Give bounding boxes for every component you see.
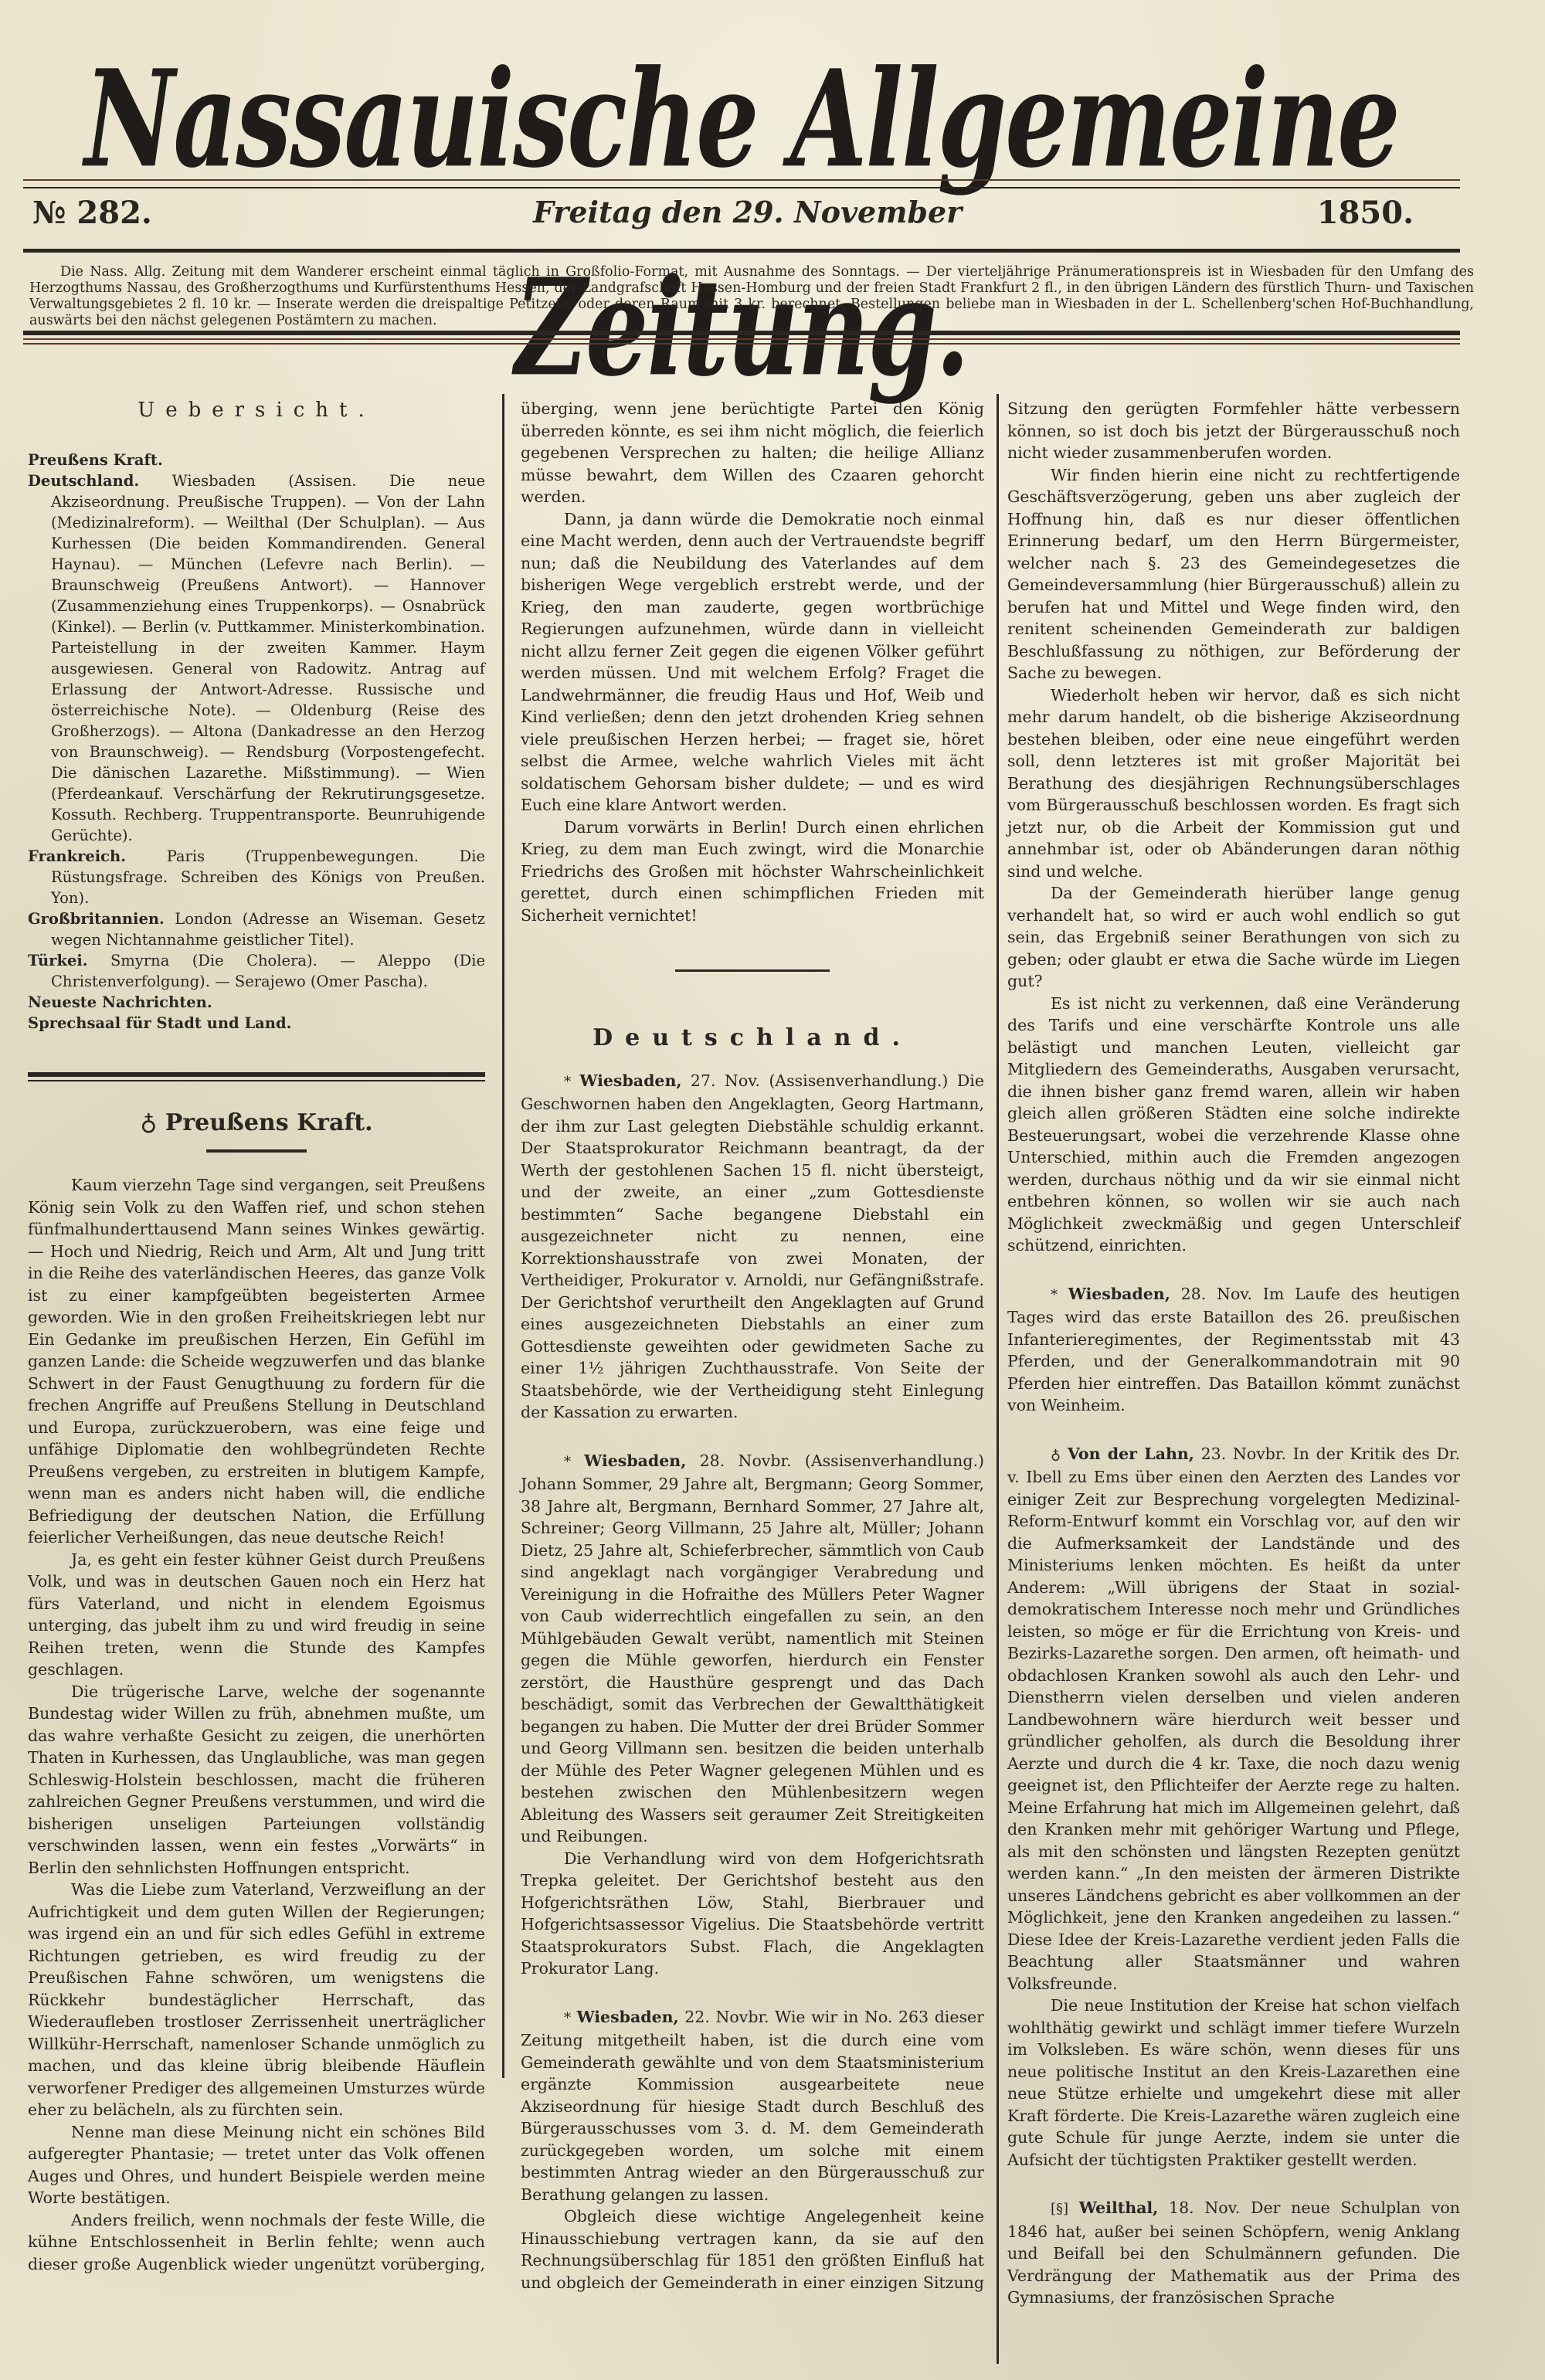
overview-item: Neueste Nachrichten. [28,992,485,1013]
news-report: [§] Weilthal, 18. Nov. Der neue Schulpla… [1007,2197,1460,2309]
news-report: * Wiesbaden, 22. Novbr. Wie wir in No. 2… [521,2006,984,2206]
report-text: Im Laufe des heutigen Tages wird das ers… [1007,1285,1460,1415]
lead-article-paragraph: Darum vorwärts in Berlin! Durch einen eh… [521,817,984,927]
masthead-rule-lower [23,187,1460,188]
overview-item-head: Großbritannien. [28,910,165,928]
report-date: 22. Novbr. [684,2008,769,2026]
issue-number: № 282. [32,195,152,231]
report-marker: [§] [1051,2201,1068,2217]
report-marker: * [564,1454,571,1470]
report-text: Wie wir in No. 263 dieser Zeitung mitget… [521,2008,984,2204]
overview-item-text: Wiesbaden (Assisen. Die neue Akziseordnu… [51,472,485,844]
lead-article-paragraph: Dann, ja dann würde die Demokratie noch … [521,508,984,817]
issue-date: Freitag den 29. November [533,195,962,229]
news-report: ♁ Von der Lahn, 23. Novbr. In der Kritik… [1007,1443,1460,1995]
header-bottom-rule [23,331,1460,335]
overview-title: Uebersicht. [28,399,485,422]
report-place: Wiesbaden, [577,2008,679,2026]
report-date: 28. Novbr. [700,1451,792,1470]
report-paragraph: Es ist nicht zu verkennen, daß eine Verä… [1007,993,1460,1257]
report-marker: ♁ [1051,1447,1061,1463]
column-divider-1 [502,394,504,2078]
lead-article-title: ♁ Preußens Kraft. [28,1112,485,1135]
report-place: Wiesbaden, [579,1071,681,1090]
overview-item-head: Frankreich. [28,847,126,865]
lead-article-paragraph: Die trügerische Larve, welche der sogena… [28,1681,485,1879]
news-report: * Wiesbaden, 28. Nov. Im Laufe des heuti… [1007,1283,1460,1417]
header-double-rule-2 [23,343,1460,345]
report-marker: * [564,2010,571,2026]
overview-item: Großbritannien. London (Adresse an Wisem… [28,908,485,950]
report-paragraph: Wiederholt heben wir hervor, daß es sich… [1007,684,1460,883]
report-paragraph-continued: Sitzung den gerügten Formfehler hätte ve… [1007,398,1460,464]
overview-item: Deutschland. Wiesbaden (Assisen. Die neu… [28,470,485,846]
overview-item-head: Deutschland. [28,472,139,490]
lead-article-paragraph-continued: überging, wenn jene berüchtigte Partei d… [521,398,984,508]
lead-article-paragraph: Anders freilich, wenn nochmals der feste… [28,2209,485,2275]
germany-section-title: Deutschland. [521,1027,984,1050]
report-paragraph: Obgleich diese wichtige Angelegenheit ke… [521,2205,984,2293]
column-2: überging, wenn jene berüchtigte Partei d… [521,398,984,2293]
report-place: Weilthal, [1079,2198,1159,2217]
overview-item-head: Türkei. [28,952,88,969]
column-divider-2 [997,394,999,2364]
overview-item-head: Neueste Nachrichten. [28,993,212,1011]
overview-end-rule [28,1072,485,1077]
news-report: * Wiesbaden, 28. Novbr. (Assisenverhandl… [521,1450,984,1848]
report-date: 23. Novbr. [1201,1445,1286,1463]
column-3: Sitzung den gerügten Formfehler hätte ve… [1007,398,1460,2309]
header-double-rule-1 [23,338,1460,340]
report-place: Wiesbaden, [1068,1285,1170,1303]
overview-item: Türkei. Smyrna (Die Cholera). — Aleppo (… [28,950,485,992]
lead-article-paragraph: Ja, es geht ein fester kühner Geist durc… [28,1549,485,1681]
report-marker: * [564,1074,571,1090]
lead-article-paragraph: Was die Liebe zum Vaterland, Verzweiflun… [28,1879,485,2121]
report-text: In der Kritik des Dr. v. Ibell zu Ems üb… [1007,1445,1460,1993]
overview-end-rule-thin [28,1080,485,1081]
report-paragraph: Wir finden hierin eine nicht zu rechtfer… [1007,464,1460,684]
report-date: 18. Nov. [1169,2198,1240,2217]
section-divider [675,969,830,972]
report-date: 28. Nov. [1181,1285,1252,1303]
report-place: Wiesbaden, [584,1451,686,1470]
overview-item-text: Smyrna (Die Cholera). — Aleppo (Die Chri… [51,952,485,990]
news-report: * Wiesbaden, 27. Nov. (Assisenverhandlun… [521,1070,984,1424]
report-date: 27. Nov. [691,1071,760,1090]
report-paragraph: Da der Gemeinderath hierüber lange genug… [1007,882,1460,993]
column-1: Uebersicht. Preußens Kraft. Deutschland.… [28,351,485,2275]
report-paragraph: Die neue Institution der Kreise hat scho… [1007,1995,1460,2171]
title-underline [206,1149,307,1153]
masthead-title: Nassauische Allgemeine Zeitung. [23,15,1460,224]
dateline: № 282. Freitag den 29. November 1850. [23,195,1445,241]
overview-item: Frankreich. Paris (Truppenbewegungen. Di… [28,846,485,908]
overview-item-head: Sprechsaal für Stadt und Land. [28,1014,291,1032]
overview-item-head: Preußens Kraft. [28,451,163,469]
lead-article-paragraph: Nenne man diese Meinung nicht ein schöne… [28,2121,485,2209]
masthead-rule-upper [23,179,1460,181]
report-text: (Assisenverhandlung.) Johann Sommer, 29 … [521,1451,984,1846]
dateline-rule [23,249,1460,253]
subscription-notice: Die Nass. Allg. Zeitung mit dem Wanderer… [29,264,1474,329]
report-place: Von der Lahn, [1068,1445,1194,1463]
report-marker: * [1051,1287,1058,1303]
report-paragraph: Die Verhandlung wird von dem Hofgerichts… [521,1848,984,1980]
overview-list: Preußens Kraft. Deutschland. Wiesbaden (… [28,450,485,1034]
lead-article-paragraph: Kaum vierzehn Tage sind vergangen, seit … [28,1174,485,1549]
newspaper-page: Nassauische Allgemeine Zeitung. № 282. F… [0,0,1545,2380]
overview-item: Sprechsaal für Stadt und Land. [28,1013,485,1034]
overview-item: Preußens Kraft. [28,450,485,470]
issue-year: 1850. [1317,195,1414,231]
report-text: (Assisenverhandlung.) Die Geschwornen ha… [521,1071,984,1422]
